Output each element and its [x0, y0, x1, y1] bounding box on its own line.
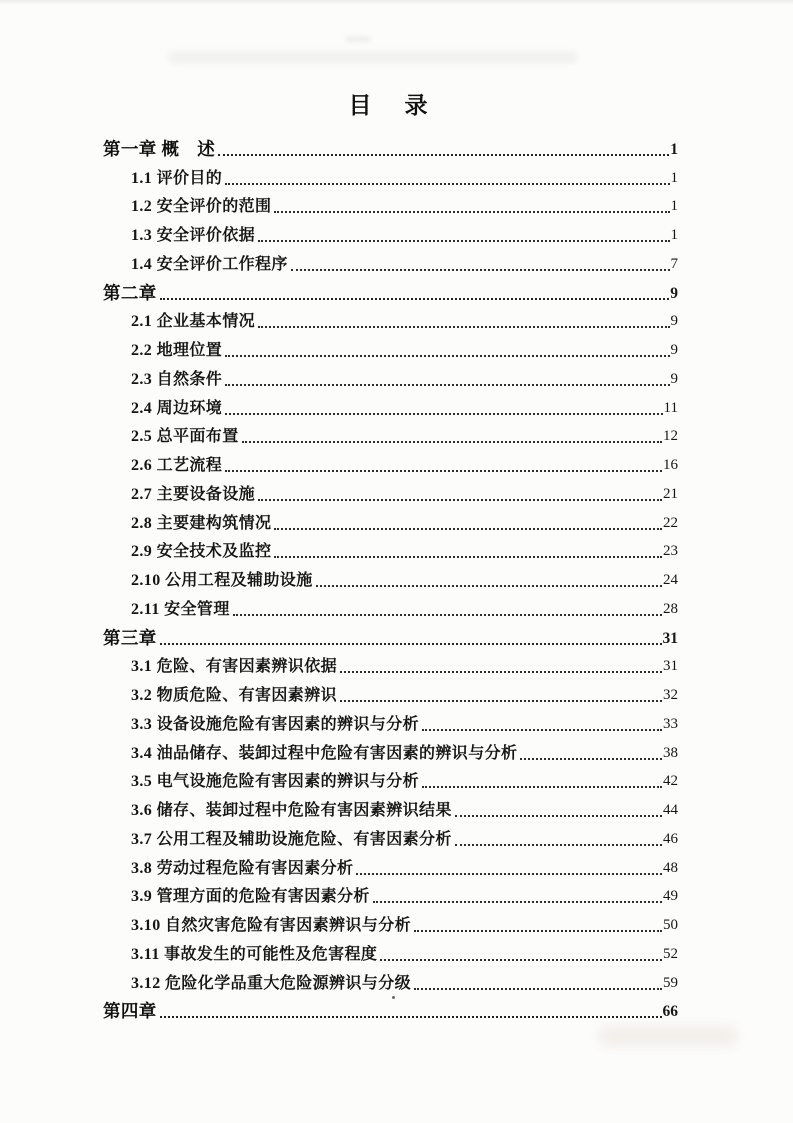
- leader-dots: [274, 556, 662, 558]
- toc-entry-section: 3.1 危险、有害因素辨识依据31: [103, 649, 678, 678]
- toc-entry-label: 2.9 安全技术及监控: [131, 541, 271, 562]
- toc-entry-label: 2.5 总平面布置: [131, 426, 239, 447]
- scan-smudge-artifact: [598, 1026, 738, 1046]
- toc-entry-page-number: 9: [671, 369, 679, 390]
- toc-entry-page-number: 46: [663, 829, 678, 850]
- leader-dots: [373, 901, 662, 903]
- toc-entry-section: 2.10 公用工程及辅助设施24: [103, 562, 678, 591]
- toc-entry-page-number: 44: [663, 800, 678, 821]
- leader-dots: [414, 988, 662, 990]
- toc-entry-section: 3.6 储存、装卸过程中危险有害因素辨识结果44: [103, 792, 678, 821]
- toc-entry-label: 3.10 自然灾害危险有害因素辨识与分析: [131, 915, 411, 936]
- toc-entry-label: 2.2 地理位置: [131, 340, 222, 361]
- toc-entry-section: 2.8 主要建构筑情况22: [103, 505, 678, 534]
- toc-entry-page-number: 1: [671, 168, 679, 189]
- toc-entry-label: 1.1 评价目的: [131, 168, 222, 189]
- toc-entry-label: 3.2 物质危险、有害因素辨识: [131, 685, 337, 706]
- toc-entry-section: 3.4 油品储存、装卸过程中危险有害因素的辨识与分析38: [103, 735, 678, 764]
- toc-entry-chapter: 第二章9: [103, 275, 678, 304]
- toc-entry-section: 3.7 公用工程及辅助设施危险、有害因素分析46: [103, 821, 678, 850]
- leader-dots: [225, 183, 669, 185]
- toc-entry-label: 1.2 安全评价的范围: [131, 196, 271, 217]
- toc-entry-label: 3.3 设备设施危险有害因素的辨识与分析: [131, 714, 419, 735]
- toc-entry-section: 1.2 安全评价的范围1: [103, 189, 678, 218]
- leader-dots: [422, 786, 662, 788]
- toc-entry-label: 3.5 电气设施危险有害因素的辨识与分析: [131, 771, 419, 792]
- toc-entry-page-number: 48: [663, 858, 678, 879]
- toc-entry-label: 3.9 管理方面的危险有害因素分析: [131, 886, 370, 907]
- toc-entry-section: 1.1 评价目的1: [103, 160, 678, 189]
- toc-entry-section: 2.4 周边环境11: [103, 390, 678, 419]
- scan-bleed-through-artifact: [345, 36, 371, 42]
- toc-entry-label: 2.11 安全管理: [131, 599, 230, 620]
- toc-entry-section: 3.3 设备设施危险有害因素的辨识与分析33: [103, 706, 678, 735]
- toc-entry-chapter: 第四章66: [103, 994, 678, 1023]
- toc-entry-section: 2.7 主要设备设施21: [103, 476, 678, 505]
- toc-entry-page-number: 16: [663, 455, 678, 476]
- toc-entry-section: 2.3 自然条件9: [103, 361, 678, 390]
- toc-entry-section: 2.11 安全管理28: [103, 591, 678, 620]
- leader-dots: [258, 326, 669, 328]
- leader-dots: [225, 384, 669, 386]
- toc-entry-section: 3.8 劳动过程危险有害因素分析48: [103, 850, 678, 879]
- toc-entry-label: 第一章 概 述: [103, 139, 215, 160]
- toc-entry-label: 3.7 公用工程及辅助设施危险、有害因素分析: [131, 829, 452, 850]
- toc-entry-page-number: 9: [671, 340, 679, 361]
- toc-entry-page-number: 24: [663, 570, 678, 591]
- toc-entry-page-number: 59: [663, 973, 678, 994]
- scan-bleed-through-artifact: [168, 52, 578, 63]
- toc-entry-label: 2.10 公用工程及辅助设施: [131, 570, 313, 591]
- toc-entry-page-number: 32: [663, 685, 678, 706]
- toc-entry-page-number: 22: [663, 513, 678, 534]
- toc-entry-section: 2.6 工艺流程16: [103, 447, 678, 476]
- toc-entry-page-number: 9: [671, 311, 679, 332]
- leader-dots: [274, 211, 669, 213]
- toc-entry-label: 3.6 储存、装卸过程中危险有害因素辨识结果: [131, 800, 452, 821]
- leader-dots: [380, 959, 662, 961]
- toc-list: 第一章 概 述11.1 评价目的11.2 安全评价的范围11.3 安全评价依据1…: [103, 131, 678, 1022]
- leader-dots: [160, 298, 670, 300]
- toc-entry-page-number: 31: [663, 656, 678, 677]
- toc-entry-label: 第二章: [103, 283, 157, 304]
- toc-entry-section: 3.12 危险化学品重大危险源辨识与分级59: [103, 965, 678, 994]
- toc-entry-page-number: 28: [663, 599, 678, 620]
- leader-dots: [356, 873, 662, 875]
- toc-entry-page-number: 38: [663, 743, 678, 764]
- toc-entry-label: 2.3 自然条件: [131, 369, 222, 390]
- leader-dots: [225, 413, 662, 415]
- toc-entry-page-number: 31: [663, 628, 679, 649]
- leader-dots: [340, 671, 662, 673]
- toc-entry-label: 1.4 安全评价工作程序: [131, 254, 288, 275]
- toc-entry-page-number: 12: [663, 426, 678, 447]
- toc-entry-section: 2.5 总平面布置12: [103, 419, 678, 448]
- toc-entry-page-number: 7: [671, 254, 679, 275]
- toc-entry-section: 2.9 安全技术及监控23: [103, 534, 678, 563]
- leader-dots: [225, 355, 669, 357]
- leader-dots: [233, 614, 662, 616]
- toc-entry-page-number: 9: [670, 283, 678, 304]
- toc-entry-section: 3.5 电气设施危险有害因素的辨识与分析42: [103, 764, 678, 793]
- toc-entry-label: 2.8 主要建构筑情况: [131, 513, 271, 534]
- toc-entry-page-number: 49: [663, 886, 678, 907]
- toc-entry-page-number: 23: [663, 541, 678, 562]
- toc-entry-page-number: 1: [671, 225, 679, 246]
- toc-entry-label: 3.11 事故发生的可能性及危害程度: [131, 944, 377, 965]
- leader-dots: [291, 269, 670, 271]
- toc-entry-section: 2.1 企业基本情况9: [103, 304, 678, 333]
- toc-entry-page-number: 21: [663, 484, 678, 505]
- toc-entry-page-number: 1: [671, 196, 679, 217]
- toc-entry-label: 2.7 主要设备设施: [131, 484, 255, 505]
- toc-entry-label: 2.6 工艺流程: [131, 455, 222, 476]
- toc-entry-section: 3.10 自然灾害危险有害因素辨识与分析50: [103, 907, 678, 936]
- leader-dots: [455, 844, 662, 846]
- toc-entry-page-number: 50: [663, 915, 678, 936]
- toc-entry-label: 第四章: [103, 1001, 157, 1022]
- toc-entry-page-number: 52: [663, 944, 678, 965]
- toc-entry-page-number: 42: [663, 771, 678, 792]
- toc-entry-section: 3.11 事故发生的可能性及危害程度52: [103, 936, 678, 965]
- toc-entry-label: 1.3 安全评价依据: [131, 225, 255, 246]
- leader-dots: [414, 930, 662, 932]
- toc-entry-label: 3.4 油品储存、装卸过程中危险有害因素的辨识与分析: [131, 743, 517, 764]
- toc-entry-chapter: 第三章31: [103, 620, 678, 649]
- leader-dots: [218, 154, 669, 156]
- leader-dots: [242, 441, 662, 443]
- toc-entry-label: 3.1 危险、有害因素辨识依据: [131, 656, 337, 677]
- toc-entry-page-number: 33: [663, 714, 678, 735]
- leader-dots: [225, 470, 662, 472]
- document-page: 目 录 第一章 概 述11.1 评价目的11.2 安全评价的范围11.3 安全评…: [0, 0, 793, 1123]
- leader-dots: [274, 528, 662, 530]
- leader-dots: [160, 1016, 662, 1018]
- toc-entry-page-number: 11: [664, 398, 678, 419]
- toc-entry-page-number: 1: [670, 139, 678, 160]
- leader-dots: [422, 729, 662, 731]
- toc-entry-chapter: 第一章 概 述1: [103, 131, 678, 160]
- leader-dots: [340, 700, 662, 702]
- toc-entry-section: 3.9 管理方面的危险有害因素分析49: [103, 879, 678, 908]
- toc-entry-label: 第三章: [103, 628, 157, 649]
- toc-entry-section: 1.4 安全评价工作程序7: [103, 246, 678, 275]
- leader-dots: [258, 240, 669, 242]
- leader-dots: [455, 815, 662, 817]
- page-title: 目 录: [103, 92, 678, 120]
- toc-entry-section: 2.2 地理位置9: [103, 332, 678, 361]
- leader-dots: [160, 643, 662, 645]
- toc-entry-label: 3.8 劳动过程危险有害因素分析: [131, 858, 353, 879]
- toc-entry-label: 2.1 企业基本情况: [131, 311, 255, 332]
- toc-entry-section: 3.2 物质危险、有害因素辨识32: [103, 677, 678, 706]
- toc-entry-section: 1.3 安全评价依据1: [103, 217, 678, 246]
- leader-dots: [258, 499, 662, 501]
- toc-entry-label: 2.4 周边环境: [131, 398, 222, 419]
- leader-dots: [520, 758, 662, 760]
- toc-entry-label: 3.12 危险化学品重大危险源辨识与分级: [131, 973, 411, 994]
- leader-dots: [316, 585, 662, 587]
- toc-entry-page-number: 66: [663, 1001, 679, 1022]
